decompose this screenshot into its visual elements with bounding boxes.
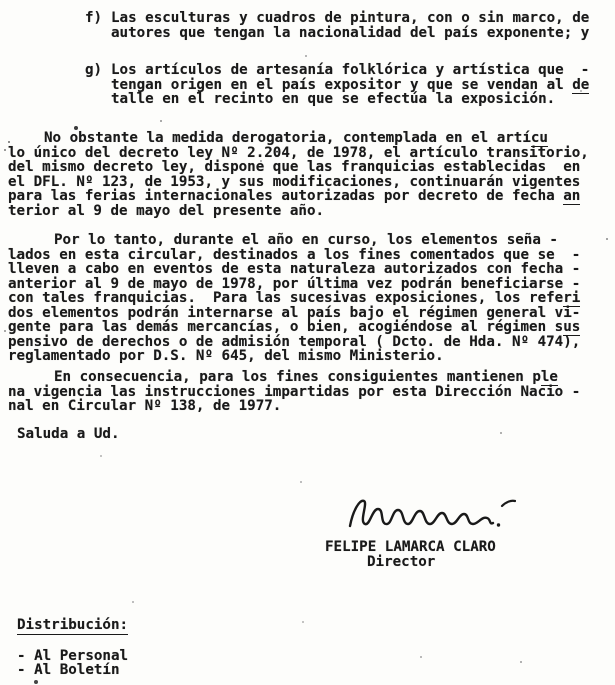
text-line: No obstante la medida derogatoria, conte… bbox=[8, 131, 589, 146]
list-item-f: f) Las esculturas y cuadros de pintura, … bbox=[85, 11, 589, 40]
text-line: tengan origen en el país expositor y que… bbox=[111, 78, 589, 93]
text-line: lo único del decreto ley Nº 2.204, de 19… bbox=[8, 146, 589, 161]
text-line: lados en esta circular, destinados a los… bbox=[8, 248, 580, 263]
list-item-f-text: Las esculturas y cuadros de pintura, con… bbox=[111, 11, 589, 40]
text-line: En consecuencia, para los fines consigui… bbox=[8, 370, 580, 385]
text-line: Por lo tanto, durante el año en curso, l… bbox=[8, 233, 580, 248]
distribution-item-boletin: - Al Boletín bbox=[17, 663, 120, 678]
text-line: el DFL. Nº 123, de 1953, y sus modificac… bbox=[8, 175, 589, 190]
salutation: Saluda a Ud. bbox=[17, 427, 120, 442]
text-line: talle en el recinto en que se efectúa la… bbox=[111, 92, 589, 107]
signature-scribble-icon bbox=[346, 495, 516, 531]
signatory-title: Director bbox=[367, 555, 435, 570]
list-item-g-marker: g) bbox=[85, 63, 102, 78]
text-line: Las esculturas y cuadros de pintura, con… bbox=[111, 11, 589, 26]
text-line: con tales franquicias. Para las sucesiva… bbox=[8, 291, 580, 306]
paragraph-derogatoria: No obstante la medida derogatoria, conte… bbox=[8, 131, 589, 218]
list-item-g-text: Los artículos de artesanía folklórica y … bbox=[111, 63, 589, 107]
text-line: pensivo de derechos o de admisión tempor… bbox=[8, 335, 580, 350]
text-line: autores que tengan la nacionalidad del p… bbox=[111, 26, 589, 41]
distribution-heading: Distribución: bbox=[17, 618, 128, 635]
signatory-name: FELIPE LAMARCA CLARO bbox=[325, 540, 496, 555]
text-line: lleven a cabo en eventos de esta natural… bbox=[8, 262, 580, 277]
paragraph-derogatoria-text: No obstante la medida derogatoria, conte… bbox=[8, 131, 589, 218]
text-line: dos elementos podrán internarse al país … bbox=[8, 306, 580, 321]
paragraph-consecuencia: En consecuencia, para los fines consigui… bbox=[8, 370, 580, 414]
text-line: para las ferias internacionales autoriza… bbox=[8, 189, 589, 204]
paragraph-franquicias: Por lo tanto, durante el año en curso, l… bbox=[8, 233, 580, 364]
text-line: nal en Circular Nº 138, de 1977. bbox=[8, 399, 580, 414]
paragraph-consecuencia-text: En consecuencia, para los fines consigui… bbox=[8, 370, 580, 414]
list-item-f-marker: f) bbox=[85, 11, 102, 26]
scanned-document-page: f) Las esculturas y cuadros de pintura, … bbox=[0, 0, 615, 685]
text-line: gente para las demás mercancías, o bien,… bbox=[8, 320, 580, 335]
list-item-g: g) Los artículos de artesanía folklórica… bbox=[85, 63, 589, 107]
text-line: anterior al 9 de mayo de 1978, por últim… bbox=[8, 277, 580, 292]
text-line: reglamentado por D.S. Nº 645, del mismo … bbox=[8, 349, 580, 364]
scan-noise bbox=[0, 0, 2, 2]
text-line: del mismo decreto ley, dispone que las f… bbox=[8, 160, 589, 175]
text-line: na vigencia las instrucciones impartidas… bbox=[8, 385, 580, 400]
text-line: terior al 9 de mayo del presente año. bbox=[8, 204, 589, 219]
text-line: Los artículos de artesanía folklórica y … bbox=[111, 63, 589, 78]
paragraph-franquicias-text: Por lo tanto, durante el año en curso, l… bbox=[8, 233, 580, 364]
